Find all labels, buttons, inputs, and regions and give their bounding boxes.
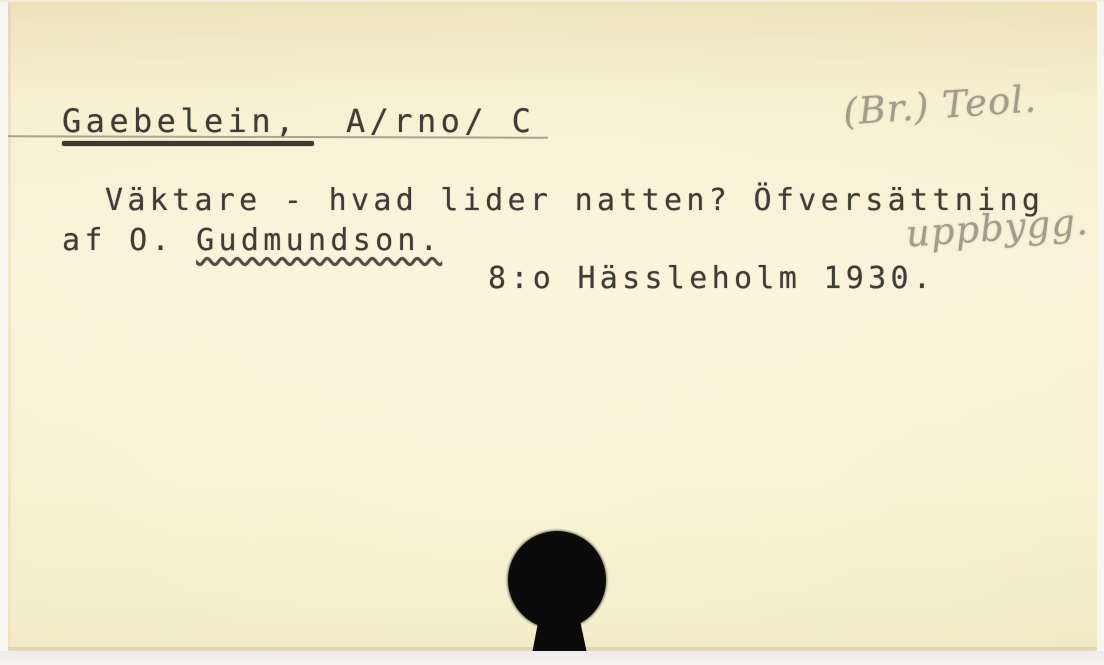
scan-background: (Br.) Teol. uppbygg. Gaebelein, A/rno/ C… <box>0 0 1104 665</box>
imprint-line: 8:o Hässleholm 1930. <box>488 264 935 294</box>
translator-line: af O. Gudmundson. <box>62 226 442 256</box>
scan-margin-bottom <box>0 651 1104 665</box>
author-heading: Gaebelein, A/rno/ C <box>62 105 535 137</box>
title-line: Väktare - hvad lider natten? Öfversättni… <box>105 186 1044 216</box>
scan-margin-right <box>1097 0 1104 665</box>
heading-typed-underline <box>62 141 314 146</box>
translator-prefix: af O. <box>62 223 196 258</box>
keyhole-punch-circle <box>508 531 606 629</box>
note-line-classification: (Br.) Teol. <box>842 75 1081 133</box>
translator-name-underlined: Gudmundson. <box>196 223 442 258</box>
scan-margin-left <box>0 0 8 665</box>
catalog-card: (Br.) Teol. uppbygg. Gaebelein, A/rno/ C… <box>8 2 1097 650</box>
scan-margin-top <box>0 0 1104 2</box>
